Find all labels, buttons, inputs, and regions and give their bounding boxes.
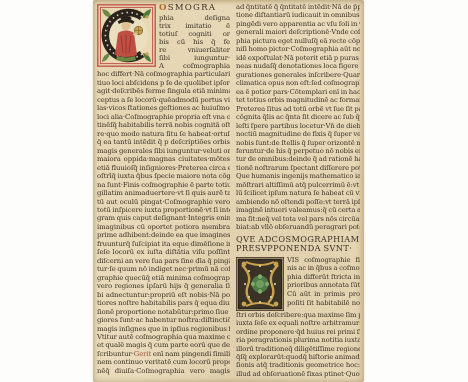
- text-line: Que humanis ingenijs mathematico iam de: [236, 172, 360, 180]
- text-line: prime adhibent:deinde ea que imagines p̄: [97, 231, 230, 239]
- incipit-lines: OSMOGRA phia deſignatrix imitatio ētotiu…: [159, 4, 230, 70]
- text-line: et qualē magis q̄ cum parte eorū que de: [97, 341, 230, 349]
- text-line: ſibi iunguntur·: [159, 54, 230, 62]
- text-line: Cū aūt in primis pro: [287, 290, 360, 299]
- text-line: lū ſcilicet ipſum natura ſe habeat cū vi…: [236, 189, 360, 197]
- text-line: gurationes generales inſcribere·Quare iſ…: [236, 71, 360, 79]
- text-line: iuxta ſeſe ex equali noſtre arbitramur:i…: [236, 319, 360, 327]
- text-line: hoc differt·Nā coſmographia particularit…: [97, 70, 230, 78]
- chapter-opening-block: VIS coſmographie finis ac in q̄bus a coſ…: [236, 256, 360, 311]
- text-line: nis ac in q̄bus a coſmogra: [287, 264, 360, 273]
- text-line: vero regiones ipſarū hijs q̄ generalia ſ…: [97, 282, 230, 290]
- body-text-block-left: hoc differt·Nā coſmographia particularit…: [97, 70, 230, 375]
- text-line: prioribus annotata ſūt: [287, 281, 360, 290]
- text-line: idē expoſtulat·Nā poterit etiā p puras l…: [236, 54, 360, 62]
- incipit-text-block: phia deſignatrix imitatio ētotiuſ cognit…: [159, 14, 230, 71]
- initial-foliate-ornament-icon: [236, 257, 284, 311]
- text-line: magis inſignes que in ipſius regionibus …: [97, 325, 230, 333]
- text-line: nem continuo veritatē cum locorū proport…: [97, 358, 230, 366]
- text-line: tet totius orbis magnitudinē ac formam: [236, 96, 360, 104]
- text-line: nobis ſunt:de ſtellis q̄ ſuper orizontē …: [236, 139, 360, 147]
- text-line: las·vicos ſtationes geſtiones ac huiuſmo…: [97, 104, 230, 112]
- text-line: oſtrīq̄ iuxta q̄bus ſpecie maiore nota c…: [97, 172, 230, 180]
- text-line: cōgnita q̄lis ac q̄nta ſit dicere ac ſub…: [236, 113, 360, 121]
- text-line: ſcribuntur·Gerit enī nam pingendi ſimili…: [97, 350, 230, 358]
- body-text-block-right-bottom: ſtri orbis deſcribere:qua maxime ſim poſ…: [236, 311, 360, 379]
- text-line: graphie quecūq̄ etiā minima coſmographie: [97, 274, 230, 282]
- text-line: tiuo loci abſcidens p ſe de quolibet ipſ…: [97, 79, 230, 87]
- chapter-opening-lines: VIS coſmographie finis ac in q̄bus a coſ…: [287, 256, 360, 308]
- text-line: ſionē proportione notabūtur:primo ſiue m…: [97, 308, 230, 316]
- rubricated-capital: O: [159, 3, 168, 13]
- text-column-right: ad q̄ntitatē q̄ q̄ntitatē intēdit·Nā de …: [236, 3, 360, 378]
- text-line: leſti ſpere partibus locetur·Vn̄ de dieb…: [236, 122, 360, 130]
- text-line: totū inſpicere iuxta proportionē·vt ſi i…: [97, 206, 230, 214]
- text-line: nēq̄ diuiſa·Coſmographia vero magis: [97, 367, 230, 375]
- text-line: gillatim animaduertere·vt ſi quis aurē t…: [97, 189, 230, 197]
- text-line: imaginibus cū oportet potiora membra: [97, 223, 230, 231]
- text-line: QVE ADCOSMOGRAPHIAM: [236, 235, 360, 245]
- text-line: giores ſunt·ac habentur noſtra:diſtincti…: [97, 316, 230, 324]
- text-line: ſtri orbis deſcribere:qua maxime ſim poſ…: [236, 311, 360, 319]
- text-line: agit·deſcribēs ferme ſingula etiā minima…: [97, 87, 230, 95]
- text-line: biat:ab vllō obſeruandū peragrari poteſt…: [236, 223, 360, 231]
- text-line: ſionis atq̄ traditionis geometrice hoc:: [236, 361, 360, 369]
- text-line: poſiti ſit habitabilē no: [287, 299, 360, 308]
- text-line: A coſmographia: [159, 62, 230, 70]
- text-line: ea ē potior pars·Cōtemplari enī in hac o…: [236, 88, 360, 96]
- text-line: tionē noſtrarum ſpectant diſſerere poter…: [236, 164, 360, 172]
- text-line: q̄ſq̄ explorarūt:quodq̄ hiſtorie animadu…: [236, 353, 360, 361]
- incipit-block: OSMOGRA phia deſignatrix imitatio ētotiu…: [97, 4, 230, 70]
- text-line: imaginē intueri valeamus:q̄ cū certa ac …: [236, 206, 360, 214]
- manuscript-page: OSMOGRA phia deſignatrix imitatio ētotiu…: [93, 0, 364, 382]
- text-line: tione diſtantiarū iudicauit in omnibus:d…: [236, 11, 360, 19]
- drop-cap-woodcut-large: [97, 4, 156, 67]
- text-line: ambiendo nō oſtendi poſſe:vt terrā ipſam…: [236, 198, 360, 206]
- text-line: fruunturq̄ ſuſcipiat ita eque dimēſione …: [97, 240, 230, 248]
- drop-cap-woodcut-small: [236, 257, 284, 311]
- text-segment: enī nam pingendi ſimilitudi: [151, 350, 230, 358]
- text-line: phia pictura eget nulluſq̄ eā recte cōpo…: [236, 37, 360, 45]
- text-line: tur·ſe quum nō indiget nec·primū nā coſ: [97, 265, 230, 273]
- text-line: trix imitatio ē: [159, 22, 230, 30]
- text-line: PRESVPPONENDA SVNT·: [236, 244, 360, 254]
- text-line: tiores noſtre habitabilis pars q̄ equa d…: [97, 299, 230, 307]
- text-line: feruntur·de his q̄ perpetuo nō nobis emi: [236, 147, 360, 155]
- text-line: generali maiori deſcriptionē·Vnde coſmog…: [236, 28, 360, 36]
- text-line: ria peragrationis plurima notitia iuxta …: [236, 336, 360, 344]
- chapter-heading: QVE ADCOSMOGRAPHIAMPRESVPPONENDA SVNT·: [236, 235, 360, 254]
- text-line: re·quo modo natura ſitu ſe habeat·ortuſ: [97, 130, 230, 138]
- text-line: VIS coſmographie fi: [287, 256, 360, 265]
- chapter-heading-lines: QVE ADCOSMOGRAPHIAMPRESVPPONENDA SVNT·: [236, 235, 360, 254]
- text-line: neas nudaſq̄ denotationes loca figere ac…: [236, 62, 360, 70]
- text-line: phia differūt ſtricta in: [287, 273, 360, 282]
- text-line: phia deſigna: [159, 14, 230, 22]
- text-line: illorū traditioneq̄ diligētiſſime region…: [236, 345, 360, 353]
- text-line: totiuſ cogniti or: [159, 30, 230, 38]
- rubricated-word: Gerit: [134, 350, 151, 358]
- text-line: pingēdi vero apparentia ac vſu ſoli in v…: [236, 20, 360, 28]
- text-line: ad q̄ntitatē q̄ q̄ntitatē intēdit·Nā de …: [236, 3, 360, 11]
- text-line: ma ſit:neq̄ vel tota vel pars nōs circūa…: [236, 215, 360, 223]
- text-column-left: OSMOGRA phia deſignatrix imitatio ētotiu…: [97, 4, 230, 375]
- text-line: tur de omnibus:deinde q̄ ad rationē habi…: [236, 155, 360, 163]
- text-line: diſcerni an vere ſua pars ſine dīa q̄ pi…: [97, 257, 230, 265]
- body-text-block-right-top: ad q̄ntitatē q̄ q̄ntitatē intēdit·Nā de …: [236, 3, 360, 232]
- text-line: ordine proponere·q̄d huius rei primi ſit…: [236, 328, 360, 336]
- text-line: q̄ ea tantū intēdit q̄ p deſcriptiōes or…: [97, 138, 230, 146]
- text-line: gram quis caput deſignant·Integris enim: [97, 214, 230, 222]
- text-line: bi adnectuntur:propriū eſt nobis·Nā po: [97, 291, 230, 299]
- text-line: loci alia·Coſmographie propria eſt vna c…: [97, 113, 230, 121]
- text-line: etiā fluuioſq̄ inſigniores·Preterea circ…: [97, 164, 230, 172]
- text-line: Preterea ſitus ad totū orbē vt ſue ſit p…: [236, 105, 360, 113]
- text-line: magis generales ſibi iunguntur·veluti or…: [97, 147, 230, 155]
- text-line: mōſtrari altiſſimū atq̄ pulcerrimū ē:vt …: [236, 181, 360, 189]
- text-line: illud ad obſeruationē fixas ptinet·Quod: [236, 370, 360, 378]
- text-line: noctiū magnitudine de fixis q̄ ſuper ver…: [236, 130, 360, 138]
- text-line: maiora oppida·magnas ciuitates·mōtes: [97, 155, 230, 163]
- text-line: Vtitur autē coſmographia qua maxime ca: [97, 333, 230, 341]
- text-line: bis cū his q̄ fe: [159, 38, 230, 46]
- text-line: climatica opus non eſt:ſed coſmographie: [236, 79, 360, 87]
- text-line: re vniuerſaliter: [159, 46, 230, 54]
- text-line: tinēſq̄ habitabilis terrā nobis cognitā …: [97, 121, 230, 129]
- scanned-book-photo: OSMOGRA phia deſignatrix imitatio ētotiu…: [0, 0, 468, 382]
- text-line: niſi homo pictor·Coſmographia aūt non: [236, 45, 360, 53]
- text-segment: ſcribuntur·: [97, 350, 134, 358]
- incipit-word: OSMOGRA: [159, 4, 230, 14]
- text-line: ceptus a ſe locorū·quēadmodū portus vil: [97, 96, 230, 104]
- text-line: na ſunt·Finis coſmographie ē parte totiu…: [97, 181, 230, 189]
- text-line: ſeſe locorū ex iuſta diſtātia viſu poſſi…: [97, 248, 230, 256]
- text-line: tū aut oculū pingat·Coſmographie vero: [97, 198, 230, 206]
- initial-C-scholar-with-orb-icon: [97, 4, 156, 67]
